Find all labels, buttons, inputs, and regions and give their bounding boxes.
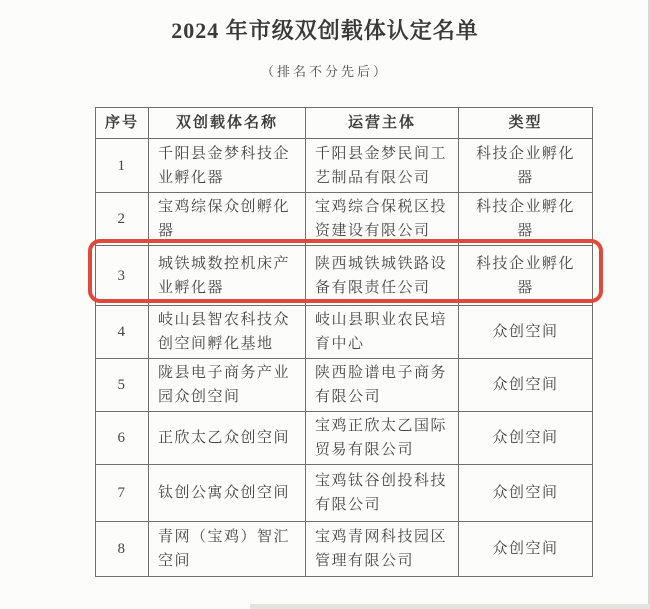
- cell-type: 科技企业孵化器: [459, 193, 593, 246]
- cell-name: 宝鸡综保众创孵化器: [149, 193, 306, 246]
- page-subtitle: （排名不分先后）: [0, 61, 650, 80]
- page-title: 2024 年市级双创载体认定名单: [0, 14, 650, 45]
- cell-seq: 3: [96, 246, 149, 306]
- cell-seq: 8: [96, 522, 149, 577]
- cell-type: 科技企业孵化器: [459, 246, 593, 306]
- table-row: 5 陇县电子商务产业园众创空间 陕西脸谱电子商务有限公司 众创空间: [96, 359, 593, 412]
- cell-seq: 5: [96, 359, 149, 412]
- cell-name: 青网（宝鸡）智汇空间: [149, 522, 306, 577]
- cell-seq: 1: [96, 139, 149, 193]
- table-row: 7 钛创公寓众创空间 宝鸡钛谷创投科技有限公司 众创空间: [96, 465, 593, 522]
- col-header-type: 类型: [459, 108, 593, 139]
- table-row: 1 千阳县金梦科技企业孵化器 千阳县金梦民间工艺制品有限公司 科技企业孵化器: [96, 139, 593, 193]
- cell-type: 众创空间: [459, 306, 593, 359]
- recognition-table: 序号 双创载体名称 运营主体 类型 1 千阳县金梦科技企业孵化器 千阳县金梦民间…: [95, 107, 593, 577]
- page-bottom-shadow: [250, 604, 650, 609]
- cell-name: 钛创公寓众创空间: [149, 465, 306, 522]
- table-row-highlighted: 3 城铁城数控机床产业孵化器 陕西城铁城铁路设备有限责任公司 科技企业孵化器: [96, 246, 593, 306]
- cell-name: 正欣太乙众创空间: [149, 412, 306, 465]
- cell-seq: 4: [96, 306, 149, 359]
- cell-operator: 陕西脸谱电子商务有限公司: [306, 359, 459, 412]
- cell-operator: 宝鸡青网科技园区管理有限公司: [306, 522, 459, 577]
- table-row: 4 岐山县智农科技众创空间孵化基地 岐山县职业农民培育中心 众创空间: [96, 306, 593, 359]
- cell-type: 众创空间: [459, 412, 593, 465]
- cell-operator: 宝鸡综合保税区投资建设有限公司: [306, 193, 459, 246]
- cell-name: 千阳县金梦科技企业孵化器: [149, 139, 306, 193]
- cell-operator: 陕西城铁城铁路设备有限责任公司: [306, 246, 459, 306]
- col-header-seq: 序号: [96, 108, 149, 139]
- cell-operator: 千阳县金梦民间工艺制品有限公司: [306, 139, 459, 193]
- cell-seq: 7: [96, 465, 149, 522]
- cell-type: 众创空间: [459, 522, 593, 577]
- cell-operator: 宝鸡正欣太乙国际贸易有限公司: [306, 412, 459, 465]
- table-header-row: 序号 双创载体名称 运营主体 类型: [96, 108, 593, 139]
- table-row: 6 正欣太乙众创空间 宝鸡正欣太乙国际贸易有限公司 众创空间: [96, 412, 593, 465]
- col-header-operator: 运营主体: [306, 108, 459, 139]
- document-page: 2024 年市级双创载体认定名单 （排名不分先后） 序号 双创载体名称 运营主体…: [0, 0, 650, 609]
- cell-name: 城铁城数控机床产业孵化器: [149, 246, 306, 306]
- cell-name: 陇县电子商务产业园众创空间: [149, 359, 306, 412]
- cell-operator: 宝鸡钛谷创投科技有限公司: [306, 465, 459, 522]
- col-header-name: 双创载体名称: [149, 108, 306, 139]
- table-row: 2 宝鸡综保众创孵化器 宝鸡综合保税区投资建设有限公司 科技企业孵化器: [96, 193, 593, 246]
- cell-type: 众创空间: [459, 359, 593, 412]
- cell-seq: 2: [96, 193, 149, 246]
- cell-type: 科技企业孵化器: [459, 139, 593, 193]
- cell-seq: 6: [96, 412, 149, 465]
- cell-name: 岐山县智农科技众创空间孵化基地: [149, 306, 306, 359]
- cell-type: 众创空间: [459, 465, 593, 522]
- table-row: 8 青网（宝鸡）智汇空间 宝鸡青网科技园区管理有限公司 众创空间: [96, 522, 593, 577]
- cell-operator: 岐山县职业农民培育中心: [306, 306, 459, 359]
